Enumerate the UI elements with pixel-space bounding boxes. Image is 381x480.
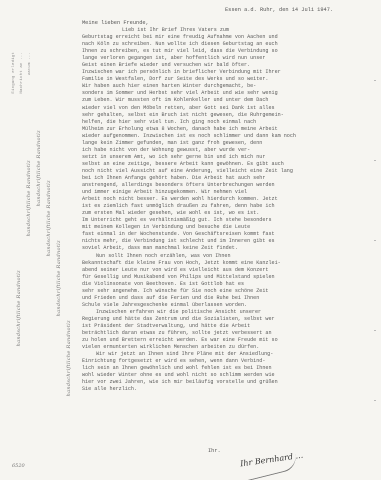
letter-line: zu holen und Brettern erreicht werden. E… [82,337,374,344]
stamp-line: Datum ... [28,52,32,75]
letter-line: hier vor zwei Jahren, wie ich mir beiläu… [82,379,374,386]
letter-line: nach Köln zu schreiben. Nun wollte ich d… [82,41,374,48]
dateline: Essen a.d. Ruhr, den 14 Juli 1947. [225,7,333,13]
letter-line: beträchtlich daran etwas zu führen, soll… [82,330,374,337]
letter-line: Bekanntschaft die kleine Frau von Hoch, … [82,260,374,267]
letter-line: fast einmal in der Wochenstunde. Von Ges… [82,231,374,238]
margin-note: handschriftliche Randnotiz [66,320,72,396]
letter-line: Arbeit noch nicht besser. Es werden wohl… [82,196,374,203]
letter-line: noch nicht viel Aussicht auf eine Änderu… [82,168,374,175]
letter-line: zum Leben. Wir mussten oft im Kohlenkell… [82,97,374,104]
letter-line: ist Präsident der Stadtverwaltung, und h… [82,323,374,330]
letter-line: Sie alle herzlich. [82,386,374,393]
letter-line: Nun sollt Ihnen noch erzählen, was von I… [82,253,374,260]
margin-number: 6520 [12,463,25,469]
salutation: Meine lieben Freunde, [82,20,149,26]
letter-line: bei ich Ihnen Anfangs gehört haben. Die … [82,175,374,182]
letter-line: lange verloren gegangen ist, aber hoffen… [82,55,374,62]
letter-line: zum ersten Mal wieder gesehen, wie wohl … [82,210,374,217]
page-edge [374,0,377,480]
stamp-line: Eingang erledigt [12,52,16,94]
letter-line: wohl wieder Winter ohne es und wohl nich… [82,372,374,379]
letter-line: Geist einen Briefe wieder und versuchen … [82,62,374,69]
letter-body: Lieb ist Ihr Brief Ihres Vaters zumGebur… [82,27,374,393]
letter-line: helfen, die hier sehr viel tun. Ich ging… [82,119,374,126]
letter-line: vielen ermunterten wirklichen Menschen a… [82,344,374,351]
closing: Ihr. [208,448,221,454]
margin-note: handschriftliche Randnotiz [56,240,62,316]
letter-line: Geburtstag erreicht bei mir eine freudig… [82,34,374,41]
receipt-stamp: Eingang erledigt Nachricht an ... Datum … [12,52,46,104]
margin-note: handschriftliche Randnotiz [16,270,22,346]
margin-note: handschriftliche Randnotiz [46,180,52,256]
letter-line: Inzwischen erfahren wir die politische A… [82,309,374,316]
letter-line: und Frieden und dass auf die Ferien und … [82,295,374,302]
margin-note: handschriftliche Randnotiz [26,160,32,236]
letter-line: Lieb ist Ihr Brief Ihres Vaters zum [82,27,374,34]
letter-line: anstrengend, allerdings besonders öfters… [82,182,374,189]
margin-note: handschriftliche Randnotiz [36,130,42,206]
letter-line: soviel Arbeit, dass man manchmal keine Z… [82,245,374,252]
letter-line: lange kein Zimmer gefunden, man ist ganz… [82,140,374,147]
letter-line: sehr gehalten, selbst ein Bruch ist nich… [82,112,374,119]
letter-line: für Gesellig und Musikabend von Philips … [82,274,374,281]
letter-line: Ihnen zu schreiben, es tut mir viel leid… [82,48,374,55]
letter-line: wieder viel von den Möbeln retten, aber … [82,105,374,112]
letter-line: Familie in Westfalen, Dorf zur Seite des… [82,76,374,83]
stamp-line: Nachricht an ... [20,52,24,94]
letter-line: nichts mehr, die Verbindung ist schlecht… [82,238,374,245]
handwritten-margin-notes: handschriftliche Randnotiz handschriftli… [14,120,74,460]
letter-line: ist es ziemlich fast unmöglich draußen z… [82,203,374,210]
letter-line: Im Unterricht geht es verhältnismäßig gu… [82,217,374,224]
letter-line: setzt in unserem Amt, wo ich sehr gerne … [82,154,374,161]
letter-line: mit meinem Kollegen in Verbindung und be… [82,224,374,231]
letter-line: die Violinsonate von Beethoven. Es ist G… [82,281,374,288]
letter-line: Wir wir jetzt an Ihnen sind Ihre Pläne m… [82,351,374,358]
letter-line: Regierung und hätte das Zentrum und die … [82,316,374,323]
letter-line: lich sein an Ihnen gewöhnlich und wohl f… [82,365,374,372]
letter-line: sonders im Sommer und Herbst sehr viel A… [82,90,374,97]
letter-line: Einrichtung fortgesetzt er wird es sehen… [82,358,374,365]
letter-line: wieder aufgenommen. Inzwischen ist es no… [82,133,374,140]
letter-line: und immer einige Arbeit hinzugekommen. W… [82,189,374,196]
letter-line: Inzwischen war ich persönlich in briefli… [82,69,374,76]
letter-line: selbst an eine zeitige, bessere Arbeit k… [82,161,374,168]
letter-line: Mülheim zur Erholung etwa 8 Wochen, dana… [82,126,374,133]
letter-line: abend seiner Leute nur von wird es viell… [82,267,374,274]
letter-line: Wir haben auch hier einen harten Winter … [82,83,374,90]
letter-page: Eingang erledigt Nachricht an ... Datum … [0,0,381,480]
letter-line: ich habe nicht von der Wohnung gewusst, … [82,147,374,154]
letter-line: sehr sehr angenehm. Ich wünsche für Sie … [82,288,374,295]
letter-line: Schule viele Jahresgeschenke einmal über… [82,302,374,309]
